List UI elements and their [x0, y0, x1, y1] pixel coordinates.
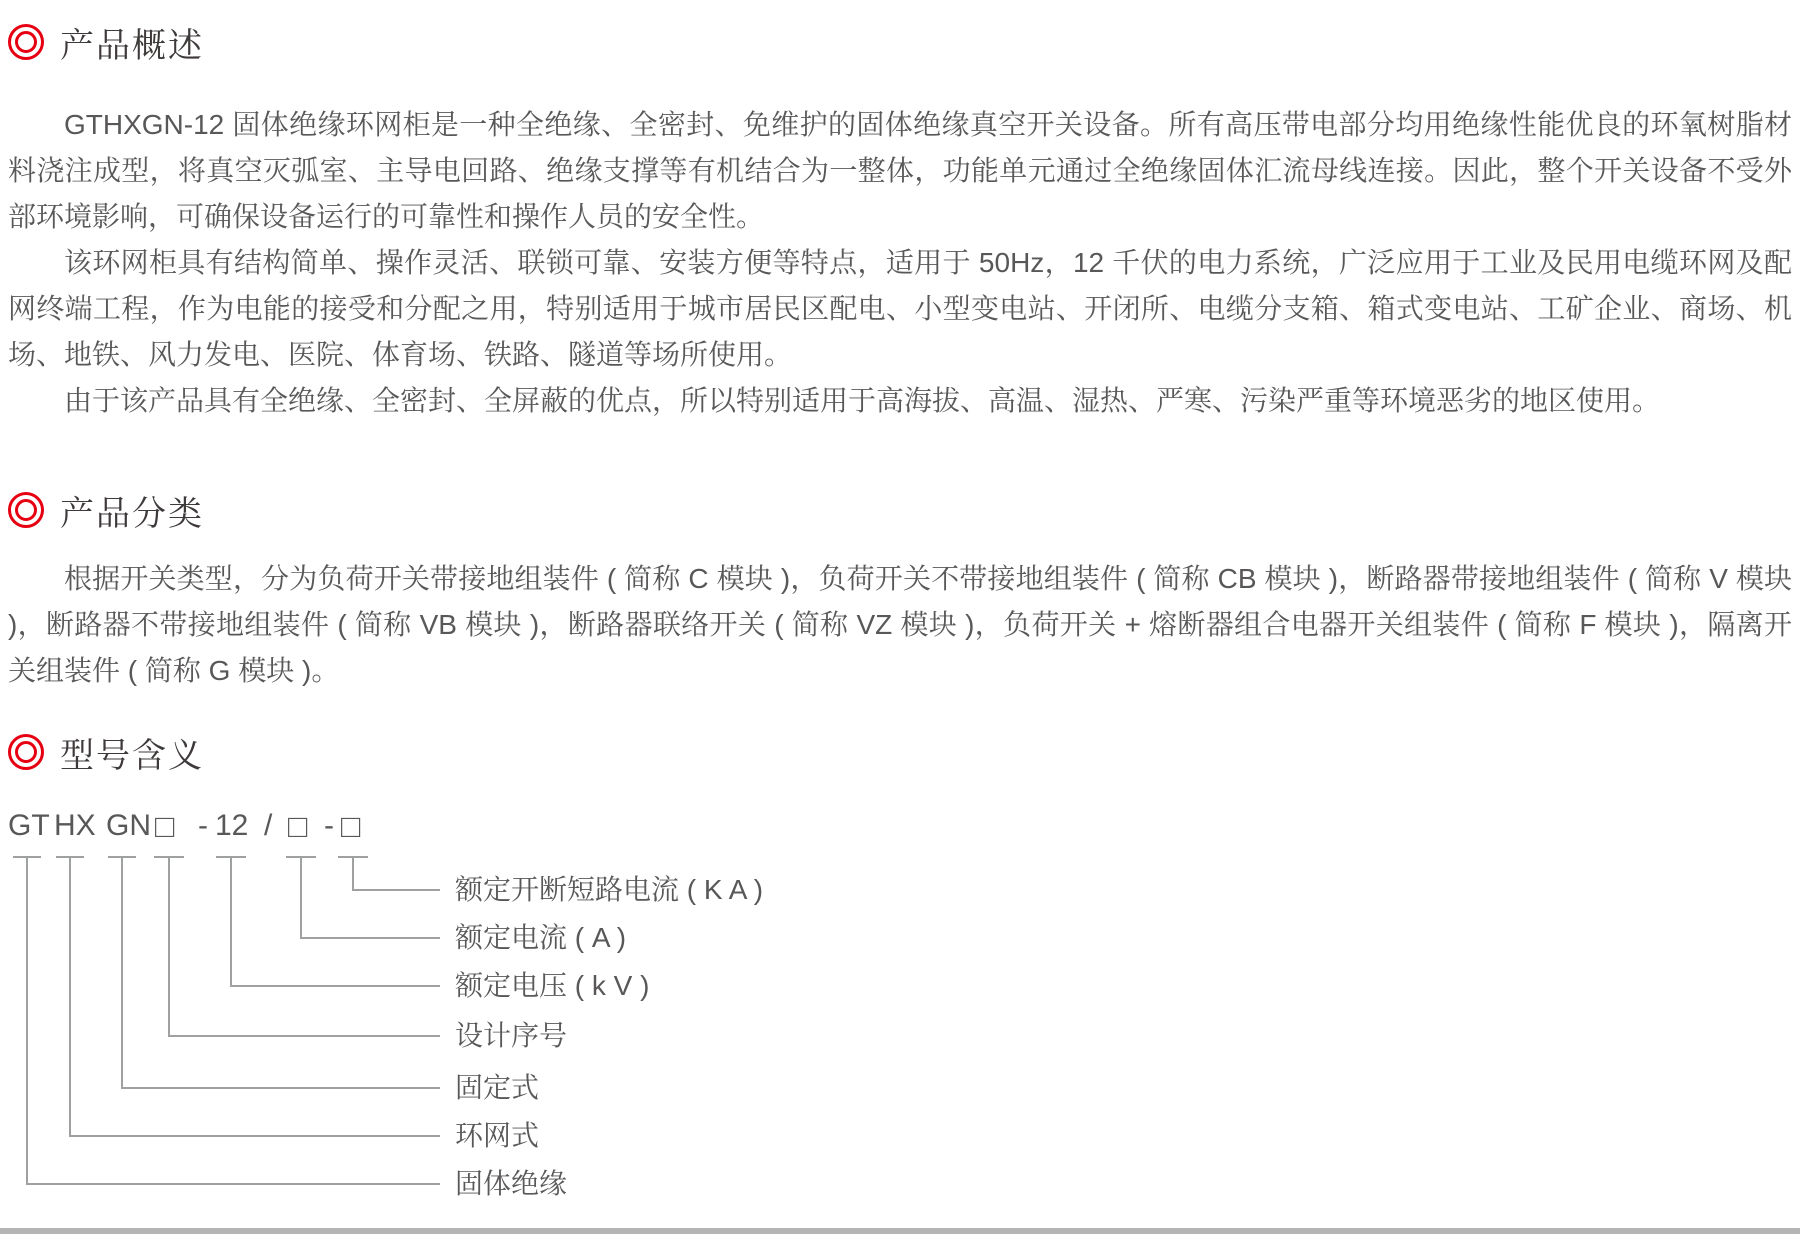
section-title: 型号含义 — [60, 728, 204, 777]
connector-design-serial — [169, 857, 440, 1036]
classification-paragraphs: 根据开关类型，分为负荷开关带接地组装件 ( 简称 C 模块 )，负荷开关不带接地… — [8, 556, 1792, 694]
connector-rated-voltage — [231, 857, 440, 986]
page-content: 产品概述 GTHXGN-12 固体绝缘环网柜是一种全绝缘、全密封、免维护的固体绝… — [8, 0, 1792, 1216]
double-circle-inner-ring — [15, 31, 37, 53]
catalog-page: 产品概述 GTHXGN-12 固体绝缘环网柜是一种全绝缘、全密封、免维护的固体绝… — [0, 0, 1800, 1244]
overview-paragraphs: GTHXGN-12 固体绝缘环网柜是一种全绝缘、全密封、免维护的固体绝缘真空开关… — [8, 102, 1792, 424]
label-rated-voltage: 额定电压 ( k V ) — [455, 963, 649, 1009]
double-circle-inner-ring — [15, 499, 37, 521]
connector-breaking-current — [353, 857, 440, 890]
section-heading-classification: 产品分类 — [8, 486, 1792, 534]
label-design-serial: 设计序号 — [455, 1013, 567, 1059]
double-circle-inner-ring — [15, 741, 37, 763]
label-solid-insulation: 固体绝缘 — [455, 1161, 567, 1207]
connector-rated-current — [301, 857, 440, 938]
double-circle-icon — [8, 24, 44, 60]
bottom-divider — [0, 1228, 1800, 1234]
double-circle-icon — [8, 734, 44, 770]
overview-paragraph-3: 由于该产品具有全绝缘、全密封、全屏蔽的优点，所以特别适用于高海拔、高温、湿热、严… — [8, 378, 1792, 424]
model-designation-diagram: GT HX GN □ - 12 / □ - □ — [8, 806, 1208, 1216]
classification-paragraph: 根据开关类型，分为负荷开关带接地组装件 ( 简称 C 模块 )，负荷开关不带接地… — [8, 556, 1792, 694]
label-ring-network-type: 环网式 — [455, 1113, 539, 1159]
connector-ring-network — [70, 857, 440, 1136]
section-title: 产品概述 — [60, 18, 204, 67]
section-heading-model-meaning: 型号含义 — [8, 728, 1792, 776]
connector-solid-insulation — [27, 857, 440, 1184]
double-circle-icon — [8, 492, 44, 528]
label-rated-breaking-current: 额定开断短路电流 ( K A ) — [455, 867, 763, 913]
diagram-connector-lines — [8, 806, 448, 1206]
label-fixed-type: 固定式 — [455, 1065, 539, 1111]
overview-paragraph-2: 该环网柜具有结构简单、操作灵活、联锁可靠、安装方便等特点，适用于 50Hz，12… — [8, 240, 1792, 378]
section-title: 产品分类 — [60, 486, 204, 535]
overview-paragraph-1: GTHXGN-12 固体绝缘环网柜是一种全绝缘、全密封、免维护的固体绝缘真空开关… — [8, 102, 1792, 240]
label-rated-current: 额定电流 ( A ) — [455, 915, 626, 961]
section-heading-overview: 产品概述 — [8, 18, 1792, 66]
